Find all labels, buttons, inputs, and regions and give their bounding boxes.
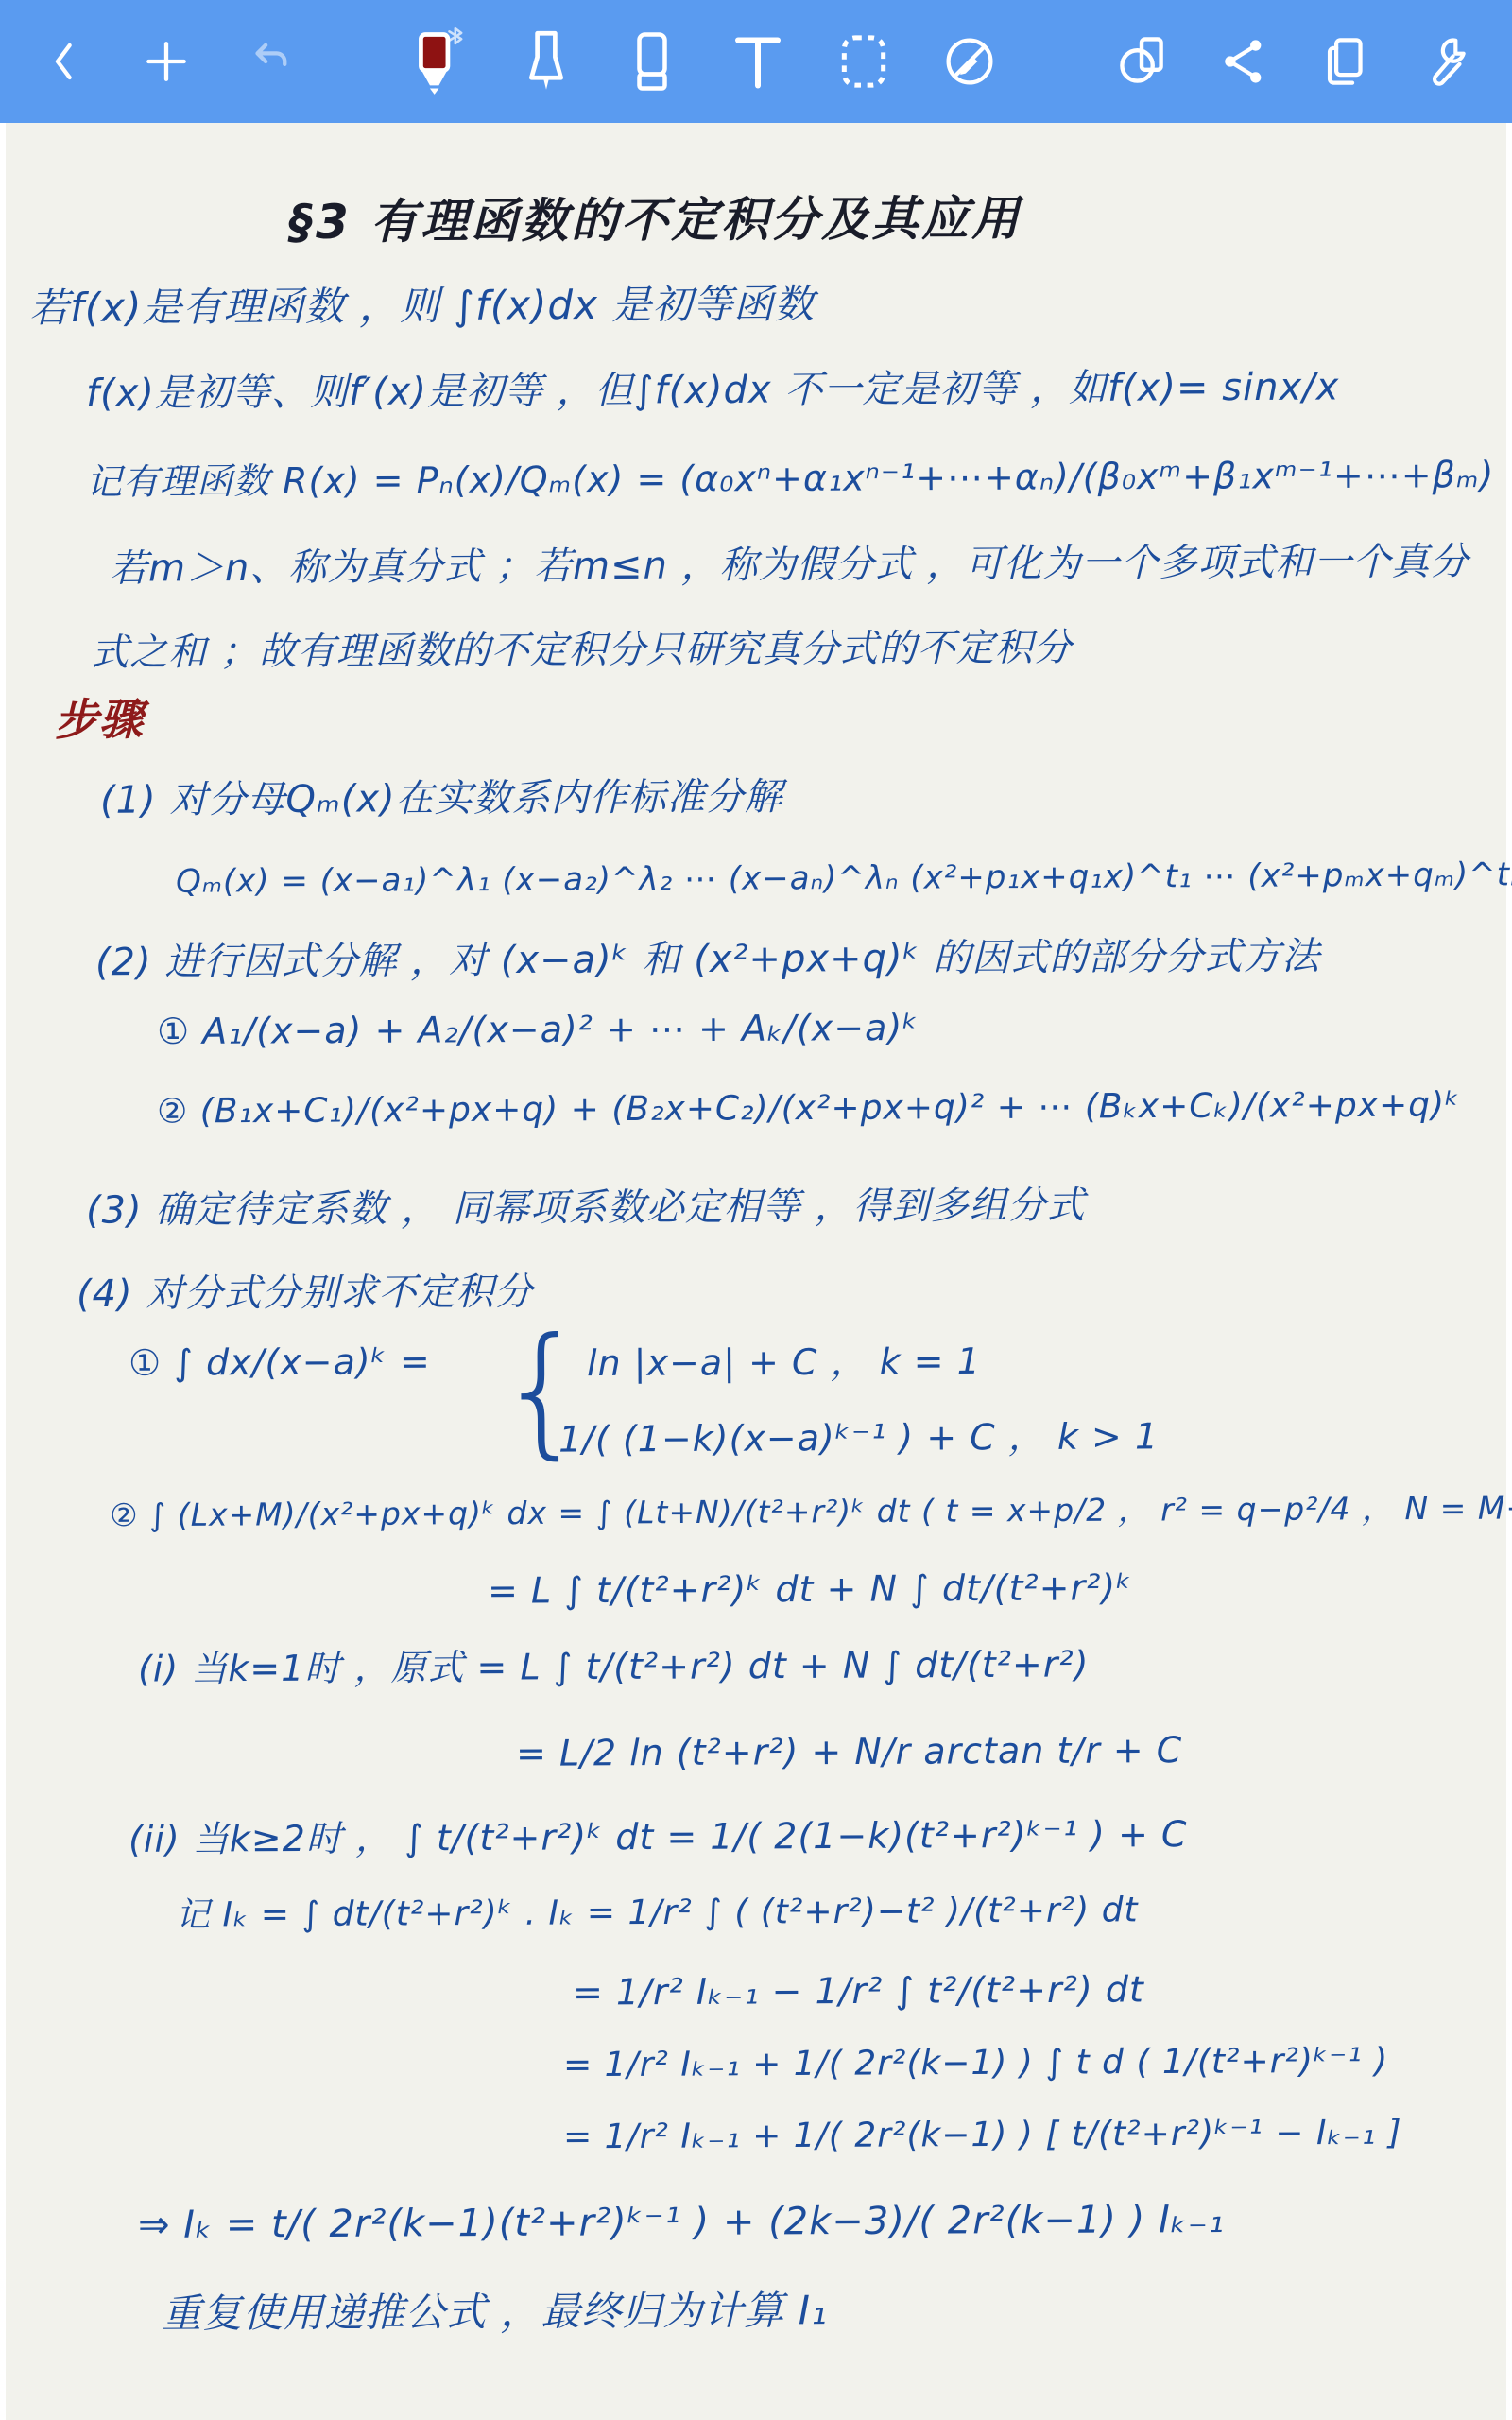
note-line: ② (B₁x+C₁)/(x²+px+q) + (B₂x+C₂)/(x²+px+q… <box>157 1085 1461 1132</box>
note-line: ⇒ Iₖ = t/( 2r²(k−1)(t²+r²)ᵏ⁻¹ ) + (2k−3)… <box>138 2198 1225 2247</box>
note-line: (4) 对分式分别求不定积分 <box>77 1270 534 1317</box>
note-app: { "app": { "toolbar_bg": "#5a9bf0", "pag… <box>0 0 1512 2420</box>
tools-wrench-icon[interactable] <box>1421 26 1474 97</box>
note-line: f(x)是初等、则f′(x)是初等 ，但∫f(x)dx 不一定是初等 ，如f(x… <box>86 366 1340 416</box>
note-line: 记 Iₖ = ∫ dt/(t²+r²)ᵏ . Iₖ = 1/r² ∫ ( (t²… <box>176 1891 1139 1935</box>
note-title: §3 有理函数的不定积分及其应用 <box>289 192 1022 251</box>
highlighter-icon[interactable] <box>520 26 573 97</box>
note-page[interactable]: §3 有理函数的不定积分及其应用若f(x)是有理函数 ，则 ∫f(x)dx 是初… <box>0 123 1512 2420</box>
back-icon[interactable] <box>38 26 91 97</box>
note-line: (i) 当k=1时 ，原式 = L ∫ t/(t²+r²) dt + N ∫ d… <box>138 1644 1090 1690</box>
eraser-icon[interactable] <box>626 26 679 97</box>
note-line: = 1/r² Iₖ₋₁ + 1/( 2r²(k−1) ) ∫ t d ( 1/(… <box>563 2042 1388 2085</box>
note-line: (1) 对分母Qₘ(x)在实数系内作标准分解 <box>100 775 783 822</box>
note-line: 若f(x)是有理函数 ，则 ∫f(x)dx 是初等函数 <box>29 282 816 332</box>
note-line: 式之和 ；故有理函数的不定积分只研究真分式的不定积分 <box>91 626 1073 674</box>
note-line: = L ∫ t/(t²+r²)ᵏ dt + N ∫ dt/(t²+r²)ᵏ <box>488 1567 1133 1612</box>
note-line: 若m＞n、称为真分式 ；若m≤n ，称为假分式 ，可化为一个多项式和一个真分 <box>110 540 1469 591</box>
toolbar <box>0 0 1512 123</box>
note-line: (2) 进行因式分解 ，对 (x−a)ᵏ 和 (x²+px+q)ᵏ 的因式的部分… <box>95 935 1321 985</box>
share-icon[interactable] <box>1217 26 1270 97</box>
note-line: ② ∫ (Lx+M)/(x²+px+q)ᵏ dx = ∫ (Lt+N)/(t²+… <box>110 1490 1512 1533</box>
note-section-steps: 步骤 <box>55 695 144 745</box>
note-line: 1/( (1−k)(x−a)ᵏ⁻¹ ) + C ， k > 1 <box>558 1416 1159 1461</box>
toolbar-left-group <box>38 26 295 97</box>
note-line: ① ∫ dx/(x−a)ᵏ = <box>129 1341 431 1384</box>
note-line: Qₘ(x) = (x−a₁)^λ₁ (x−a₂)^λ₂ ⋯ (x−aₙ)^λₙ … <box>176 856 1512 901</box>
note-line: (3) 确定待定系数 ， 同幂项系数必定相等 ，得到多组分式 <box>86 1184 1086 1233</box>
note-line: 重复使用递推公式 ，最终归为计算 I₁ <box>162 2288 828 2337</box>
copy-pages-icon[interactable] <box>1319 26 1372 97</box>
note-line: 记有理函数 R(x) = Pₙ(x)/Qₘ(x) = (α₀xⁿ+α₁xⁿ⁻¹+… <box>86 455 1495 503</box>
note-line: (ii) 当k≥2时 ， ∫ t/(t²+r²)ᵏ dt = 1/( 2(1−k… <box>129 1814 1188 1861</box>
note-line: = 1/r² Iₖ₋₁ − 1/r² ∫ t²/(t²+r²) dt <box>573 1969 1144 2014</box>
toolbar-right-group <box>1115 26 1474 97</box>
toolbar-center-group <box>414 26 996 97</box>
note-line: ln |x−a| + C ， k = 1 <box>587 1341 981 1385</box>
note-line: = L/2 ln (t²+r²) + N/r arctan t/r + C <box>516 1730 1183 1774</box>
pen-disabled-icon[interactable] <box>943 26 996 97</box>
undo-icon[interactable] <box>242 26 295 97</box>
page-thumbnail-icon[interactable] <box>1115 26 1168 97</box>
pen-icon[interactable] <box>414 26 467 97</box>
text-tool-icon[interactable] <box>731 26 784 97</box>
note-line: = 1/r² Iₖ₋₁ + 1/( 2r²(k−1) ) [ t/(t²+r²)… <box>563 2114 1402 2157</box>
add-page-icon[interactable] <box>140 26 193 97</box>
lasso-icon[interactable] <box>837 26 890 97</box>
bluetooth-badge <box>450 28 462 43</box>
note-line: ① A₁/(x−a) + A₂/(x−a)² + ⋯ + Aₖ/(x−a)ᵏ <box>157 1008 919 1053</box>
